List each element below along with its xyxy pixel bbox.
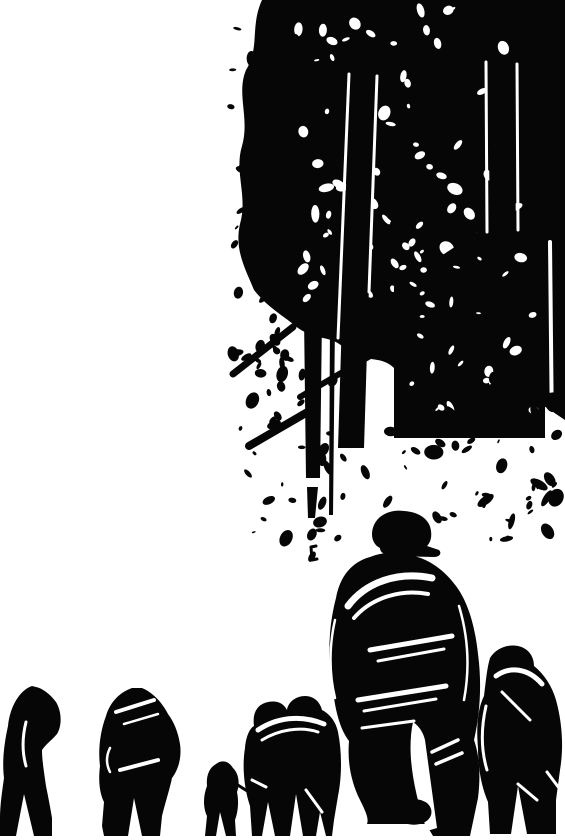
artwork-page xyxy=(0,0,565,840)
tree-trunk-right xyxy=(488,56,516,238)
illustration-canvas xyxy=(0,0,565,840)
woodcut-illustration xyxy=(0,0,565,840)
